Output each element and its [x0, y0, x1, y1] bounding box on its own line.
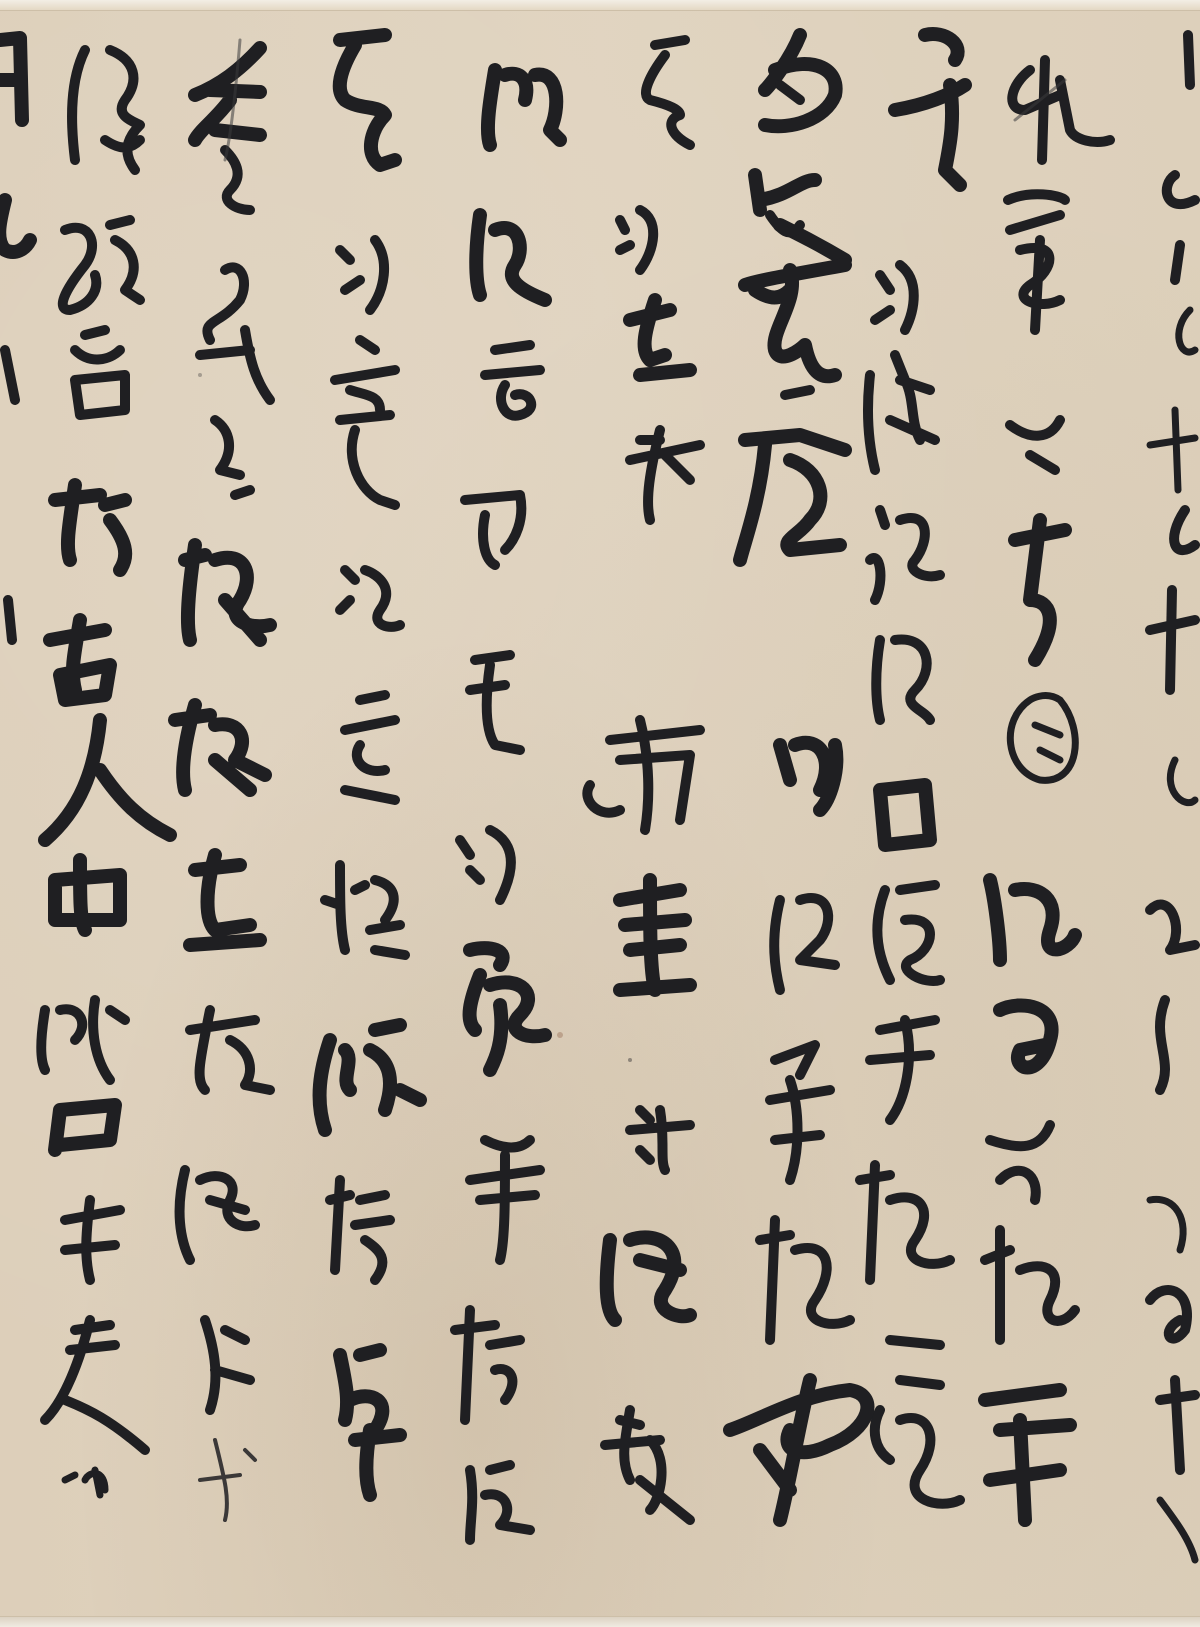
column-9	[41, 50, 170, 1495]
column-7	[320, 35, 420, 1495]
column-10	[0, 38, 30, 640]
column-3	[860, 34, 965, 1504]
paper-stains	[198, 373, 632, 1062]
column-1	[1150, 35, 1195, 1560]
column-4	[730, 35, 867, 1520]
ink-strokes	[0, 0, 1200, 1627]
column-6	[455, 70, 560, 1540]
column-2	[985, 60, 1110, 1520]
calligraphy-scroll: caoshu (cursive) top-to-bottom, right-to…	[0, 0, 1200, 1627]
column-8	[175, 40, 270, 1520]
column-5	[587, 40, 700, 1520]
